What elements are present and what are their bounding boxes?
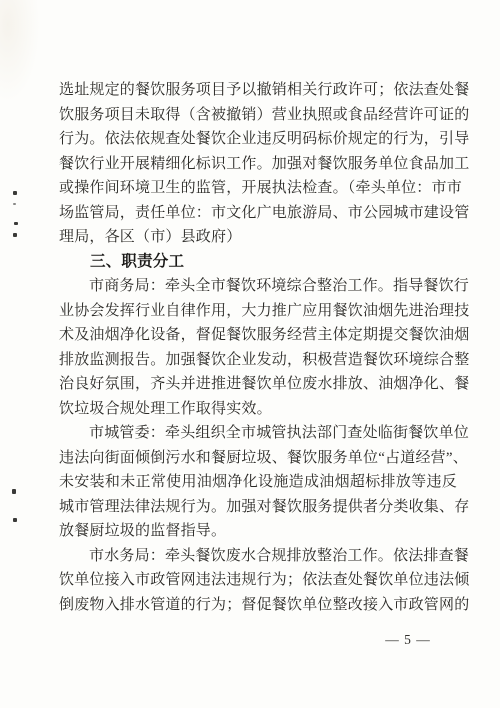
body-text: 选址规定的餐饮服务项目予以撤销相关行政许可；依法查处餐 饮服务项目未取得（含被撤…: [59, 78, 457, 617]
text-line: 治良好氛围，齐头并进推进餐饮单位废水排放、油烟净化、餐: [59, 372, 457, 397]
ink-speck: [14, 222, 18, 225]
document-page: 选址规定的餐饮服务项目予以撤销相关行政许可；依法查处餐 饮服务项目未取得（含被撤…: [0, 0, 500, 708]
text-line: 选址规定的餐饮服务项目予以撤销相关行政许可；依法查处餐: [59, 78, 457, 103]
text-line: 饮服务项目未取得（含被撤销）营业执照或食品经营许可证的: [59, 103, 457, 128]
text-line: 市城管委：牵头组织全市城管执法部门查处临街餐饮单位: [59, 421, 457, 446]
text-line: 城市管理法律法规行为。加强对餐饮服务提供者分类收集、存: [59, 495, 457, 520]
text-line: 饮单位接入市政管网违法违规行为；依法查处餐饮单位违法倾: [59, 568, 457, 593]
ink-speck: [13, 191, 17, 195]
text-line: 场监管局，责任单位：市文化广电旅游局、市公园城市建设管: [59, 201, 457, 226]
text-line: 行为。依法依规查处餐饮企业违反明码标价规定的行为，引导: [59, 127, 457, 152]
ink-speck: [13, 233, 17, 237]
text-line: 术及油烟净化设备，督促餐饮服务经营主体定期提交餐饮油烟: [59, 323, 457, 348]
ink-speck: [13, 203, 16, 205]
text-line: 排放监测报告。加强餐饮企业发动，积极营造餐饮环境综合整: [59, 348, 457, 373]
text-line: 放餐厨垃圾的监督指导。: [59, 519, 457, 544]
ink-speck: [12, 489, 16, 494]
section-heading: 三、职责分工: [59, 250, 457, 275]
text-line: 市商务局：牵头全市餐饮环境综合整治工作。指导餐饮行: [59, 274, 457, 299]
text-line: 业协会发挥行业自律作用，大力推广应用餐饮油烟先进治理技: [59, 299, 457, 324]
text-line: 或操作间环境卫生的监管，开展执法检查。（牵头单位：市市: [59, 176, 457, 201]
text-line: 餐饮行业开展精细化标识工作。加强对餐饮服务单位食品加工: [59, 152, 457, 177]
text-line: 倒废物入排水管道的行为；督促餐饮单位整改接入市政管网的: [59, 593, 457, 618]
ink-speck: [13, 518, 17, 522]
text-line: 理局，各区（市）县政府）: [59, 225, 457, 250]
text-line: 违法向街面倾倒污水和餐厨垃圾、餐饮服务单位“占道经营”、: [59, 446, 457, 471]
text-line: 未安装和未正常使用油烟净化设施造成油烟超标排放等违反: [59, 470, 457, 495]
page-number: — 5 —: [383, 632, 433, 648]
scan-smudge: [0, 0, 40, 102]
text-line: 市水务局：牵头餐饮废水合规排放整治工作。依法排查餐: [59, 544, 457, 569]
text-line: 饮垃圾合规处理工作取得实效。: [59, 397, 457, 422]
